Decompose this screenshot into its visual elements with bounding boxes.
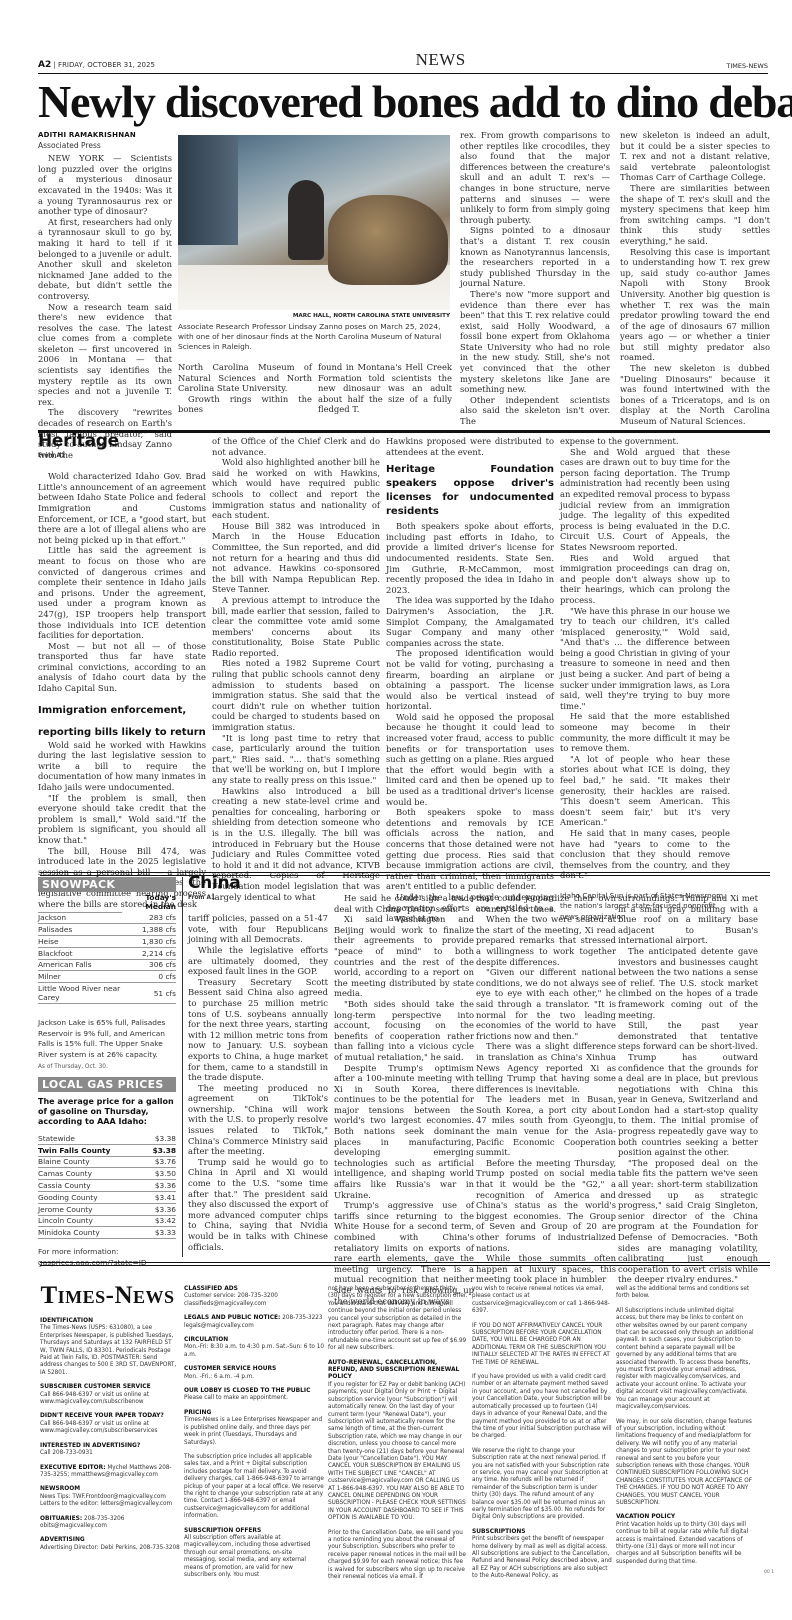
paragraph: Wold also highlighted another bill he sa… [212,457,380,521]
paragraph: of the Office of the Chief Clerk and do … [212,436,380,457]
heritage-col-2: of the Office of the Chief Clerk and do … [212,436,380,902]
paragraph: While those summits often happen at luxu… [476,1253,616,1285]
subhead: reporting bills likely to return [38,726,206,740]
paragraph: When the two were seated at the start of… [476,914,616,967]
paragraph: North Carolina Museum of Natural Science… [178,362,312,394]
china-col-1: China From A1 tariff policies, passed on… [188,878,328,1252]
table-row: Little Wood River near Carey51 cfs [38,983,176,1004]
paragraph: Wold said he worked with Hawkins during … [38,740,206,793]
footer-col-1: IDENTIFICATIONThe Times-News (USPS: 6310… [40,1318,180,1559]
agency: Associated Press [38,141,172,152]
paragraph: Resolving this case is important to unde… [620,247,770,364]
china-col-2: He said he could sign a trade deal with … [334,893,474,1306]
paragraph: that could jeopardize their own country'… [476,893,616,914]
paragraph: Hawkins proposed were distributed to att… [386,436,554,457]
paragraph: He said he could sign a trade deal with … [334,893,474,914]
column-rule [182,877,183,1257]
section-divider [40,1262,770,1266]
paragraph: There are similarities between the shape… [620,183,770,247]
section-divider [40,872,770,876]
gas-table: Statewide$3.38 Twin Falls County$3.38 Bl… [38,1133,176,1239]
paragraph: A previous attempt to introduce the bill… [212,595,380,659]
paragraph: "Given our different national conditions… [476,967,616,1041]
paragraph: Both speakers spoke about efforts, inclu… [386,521,554,595]
table-row: Lincoln County$3.42 [38,1215,176,1227]
snowpack-title: SNOWPACK [38,877,176,892]
snowpack-box: SNOWPACK Today's Median Jackson283 cfs P… [38,877,176,1070]
dinosaur-photo [178,135,450,310]
paragraph: There's now "more support and evidence t… [460,289,610,395]
section-name: NEWS [416,50,466,70]
paragraph: "If the problem is small, then everyone … [38,793,206,846]
column-header: Today's Median [122,892,176,912]
paragraph: While the legislative efforts are ultima… [188,945,328,977]
paragraph: Trump said he would go to China in April… [188,1157,328,1252]
paragraph: Signs pointed to a dinosaur that's a dis… [460,225,610,289]
byline: ADITHI RAMAKRISHNAN [38,130,172,141]
photo-caption: Associate Research Professor Lindsay Zan… [178,322,453,352]
subhead: Immigration enforcement, [38,704,206,718]
snowpack-note: Jackson Lake is 65% full, Palisades Rese… [38,1018,176,1060]
paragraph: Xi said Washington and Beijing would wor… [334,914,474,999]
photo-person [288,180,324,260]
table-row: Jackson283 cfs [38,912,176,924]
issue-date: FRIDAY, OCTOBER 31, 2025 [58,61,155,69]
gas-title: LOCAL GAS PRICES [38,1077,176,1092]
paragraph: Treasury Secretary Scott Bessent said Ch… [188,977,328,1083]
from-a1-label: From A1 [188,893,328,904]
gas-prices-box: LOCAL GAS PRICES The average price for a… [38,1077,176,1268]
paragraph: "It is long past time to retry that case… [212,733,380,786]
table-row: Statewide$3.38 [38,1133,176,1144]
table-row: Gooding County$3.41 [38,1191,176,1203]
snowpack-table: Today's Median Jackson283 cfs Palisades1… [38,892,176,1004]
table-row: Twin Falls County$3.38 [38,1144,176,1156]
paragraph: "A lot of people who hear these stories … [560,754,730,828]
paragraph: Despite Trump's optimism after a 100-min… [334,1063,474,1201]
folio-code: 00 1 [764,1570,774,1576]
paper-name: TIMES-NEWS [726,62,768,70]
heritage-col-1: Heritage From A1 Wold characterized Idah… [38,436,206,909]
paragraph: surroundings: Trump and Xi met in a smal… [618,893,758,946]
page-number: A2 [38,60,51,70]
photo-bones [328,195,448,285]
photo-shelf [178,135,238,245]
headline: Newly discovered bones add to dino debat… [38,76,768,128]
heritage-kicker: Heritage [38,436,206,447]
paragraph: Ries noted a 1982 Supreme Court ruling t… [212,658,380,732]
paragraph: Trump has outward confidence that the gr… [618,1052,758,1158]
table-row: Cassia County$3.36 [38,1180,176,1192]
dino-col-2: North Carolina Museum of Natural Science… [178,362,312,415]
dino-col-5: new skeleton is indeed an adult, but it … [620,130,770,427]
paragraph: Both speakers spoke to mass detentions a… [386,807,554,892]
paragraph: "We have this phrase in our house we try… [560,606,730,712]
table-row: Jerome County$3.36 [38,1203,176,1215]
dino-col-4: rex. From growth comparisons to other re… [460,130,610,427]
paragraph: expense to the government. [560,436,730,447]
subhead: Heritage Foundation speakers oppose driv… [386,463,554,519]
paragraph: Little has said the agreement is meant t… [38,545,206,640]
paragraph: Wold said he opposed the proposal becaus… [386,712,554,807]
footer-col-3: not have been a subscriber in the past t… [328,1286,468,1588]
paragraph: Most — but not all — of those transporte… [38,641,206,694]
paragraph: Wold characterized Idaho Gov. Brad Littl… [38,471,206,545]
gas-more-label: For more information: [38,1247,176,1257]
table-row: Camas County$3.50 [38,1168,176,1180]
table-row: American Falls306 cfs [38,959,176,971]
masthead: A2 | FRIDAY, OCTOBER 31, 2025 NEWS TIMES… [38,52,768,74]
table-row: Milner0 cfs [38,971,176,983]
dino-col-1: ADITHI RAMAKRISHNAN Associated Press NEW… [38,130,172,460]
paragraph: She and Wold argued that these cases are… [560,447,730,553]
heritage-col-4: expense to the government. She and Wold … [560,436,730,922]
footer-col-4: you wish to receive renewal notices via … [472,1286,612,1588]
paragraph: Before the meeting Thursday, Trump poste… [476,1158,616,1253]
paragraph: found in Montana's Hell Creek Formation … [318,362,452,415]
paragraph: new skeleton is indeed an adult, but it … [620,130,770,183]
paragraph: Still, the past year demonstrated that t… [618,1020,758,1052]
table-row: Blaine County$3.76 [38,1156,176,1168]
photo-credit: MARC HALL, NORTH CAROLINA STATE UNIVERSI… [178,313,450,319]
paragraph: tariff policies, passed on a 51-47 vote,… [188,913,328,945]
heritage-col-3: Hawkins proposed were distributed to att… [386,436,554,924]
paragraph: The proposed identification would not be… [386,648,554,712]
table-row: Blackfoot2,214 cfs [38,947,176,959]
paragraph: Growth rings within the bones [178,394,312,415]
paragraph: He said that the more established someon… [560,711,730,753]
snowpack-asof: As of Thursday, Oct. 30. [38,1064,176,1070]
paragraph: House Bill 382 was introduced in March i… [212,521,380,595]
from-a1-label: From A1 [38,451,206,462]
paragraph: NEW YORK — Scientists long puzzled over … [38,153,172,217]
paragraph: The new skeleton is dubbed "Dueling Dino… [620,363,770,427]
paragraph: The anticipated detente gave investors a… [618,946,758,1020]
china-col-3: that could jeopardize their own country'… [476,893,616,1285]
paragraph: At first, researchers had only a tyranno… [38,217,172,302]
page: A2 | FRIDAY, OCTOBER 31, 2025 NEWS TIMES… [38,52,768,128]
paragraph: The leaders met in Busan, South Korea, a… [476,1094,616,1158]
paragraph: Ries and Wold argued that immigration pr… [560,553,730,606]
paragraph: There was a slight difference in transla… [476,1041,616,1094]
page-info: A2 | FRIDAY, OCTOBER 31, 2025 [38,60,155,70]
dino-col-3: found in Montana's Hell Creek Formation … [318,362,452,415]
paragraph: rex. From growth comparisons to other re… [460,130,610,225]
paragraph: Now a research team said there's new evi… [38,302,172,408]
china-kicker: China [188,878,328,889]
china-col-4: surroundings: Trump and Xi met in a smal… [618,893,758,1285]
table-row: Heise1,830 cfs [38,936,176,948]
paragraph: Other independent scientists also said t… [460,395,610,427]
table-row: Palisades1,388 cfs [38,924,176,936]
table-row: Minidoka County$3.33 [38,1227,176,1239]
times-news-logo: Times-News [40,1282,175,1310]
paragraph: "Both sides should take the long-term pe… [334,999,474,1063]
paragraph: The idea was supported by the Idaho Dair… [386,595,554,648]
footer-col-2: CLASSIFIED ADSCustomer service: 208-735-… [184,1286,324,1586]
gas-lead: The average price for a gallon of gasoli… [38,1097,176,1127]
footer-col-5: well as the additional terms and conditi… [616,1286,754,1573]
section-divider [38,430,770,433]
paragraph: The meeting produced no agreement on Tik… [188,1083,328,1157]
